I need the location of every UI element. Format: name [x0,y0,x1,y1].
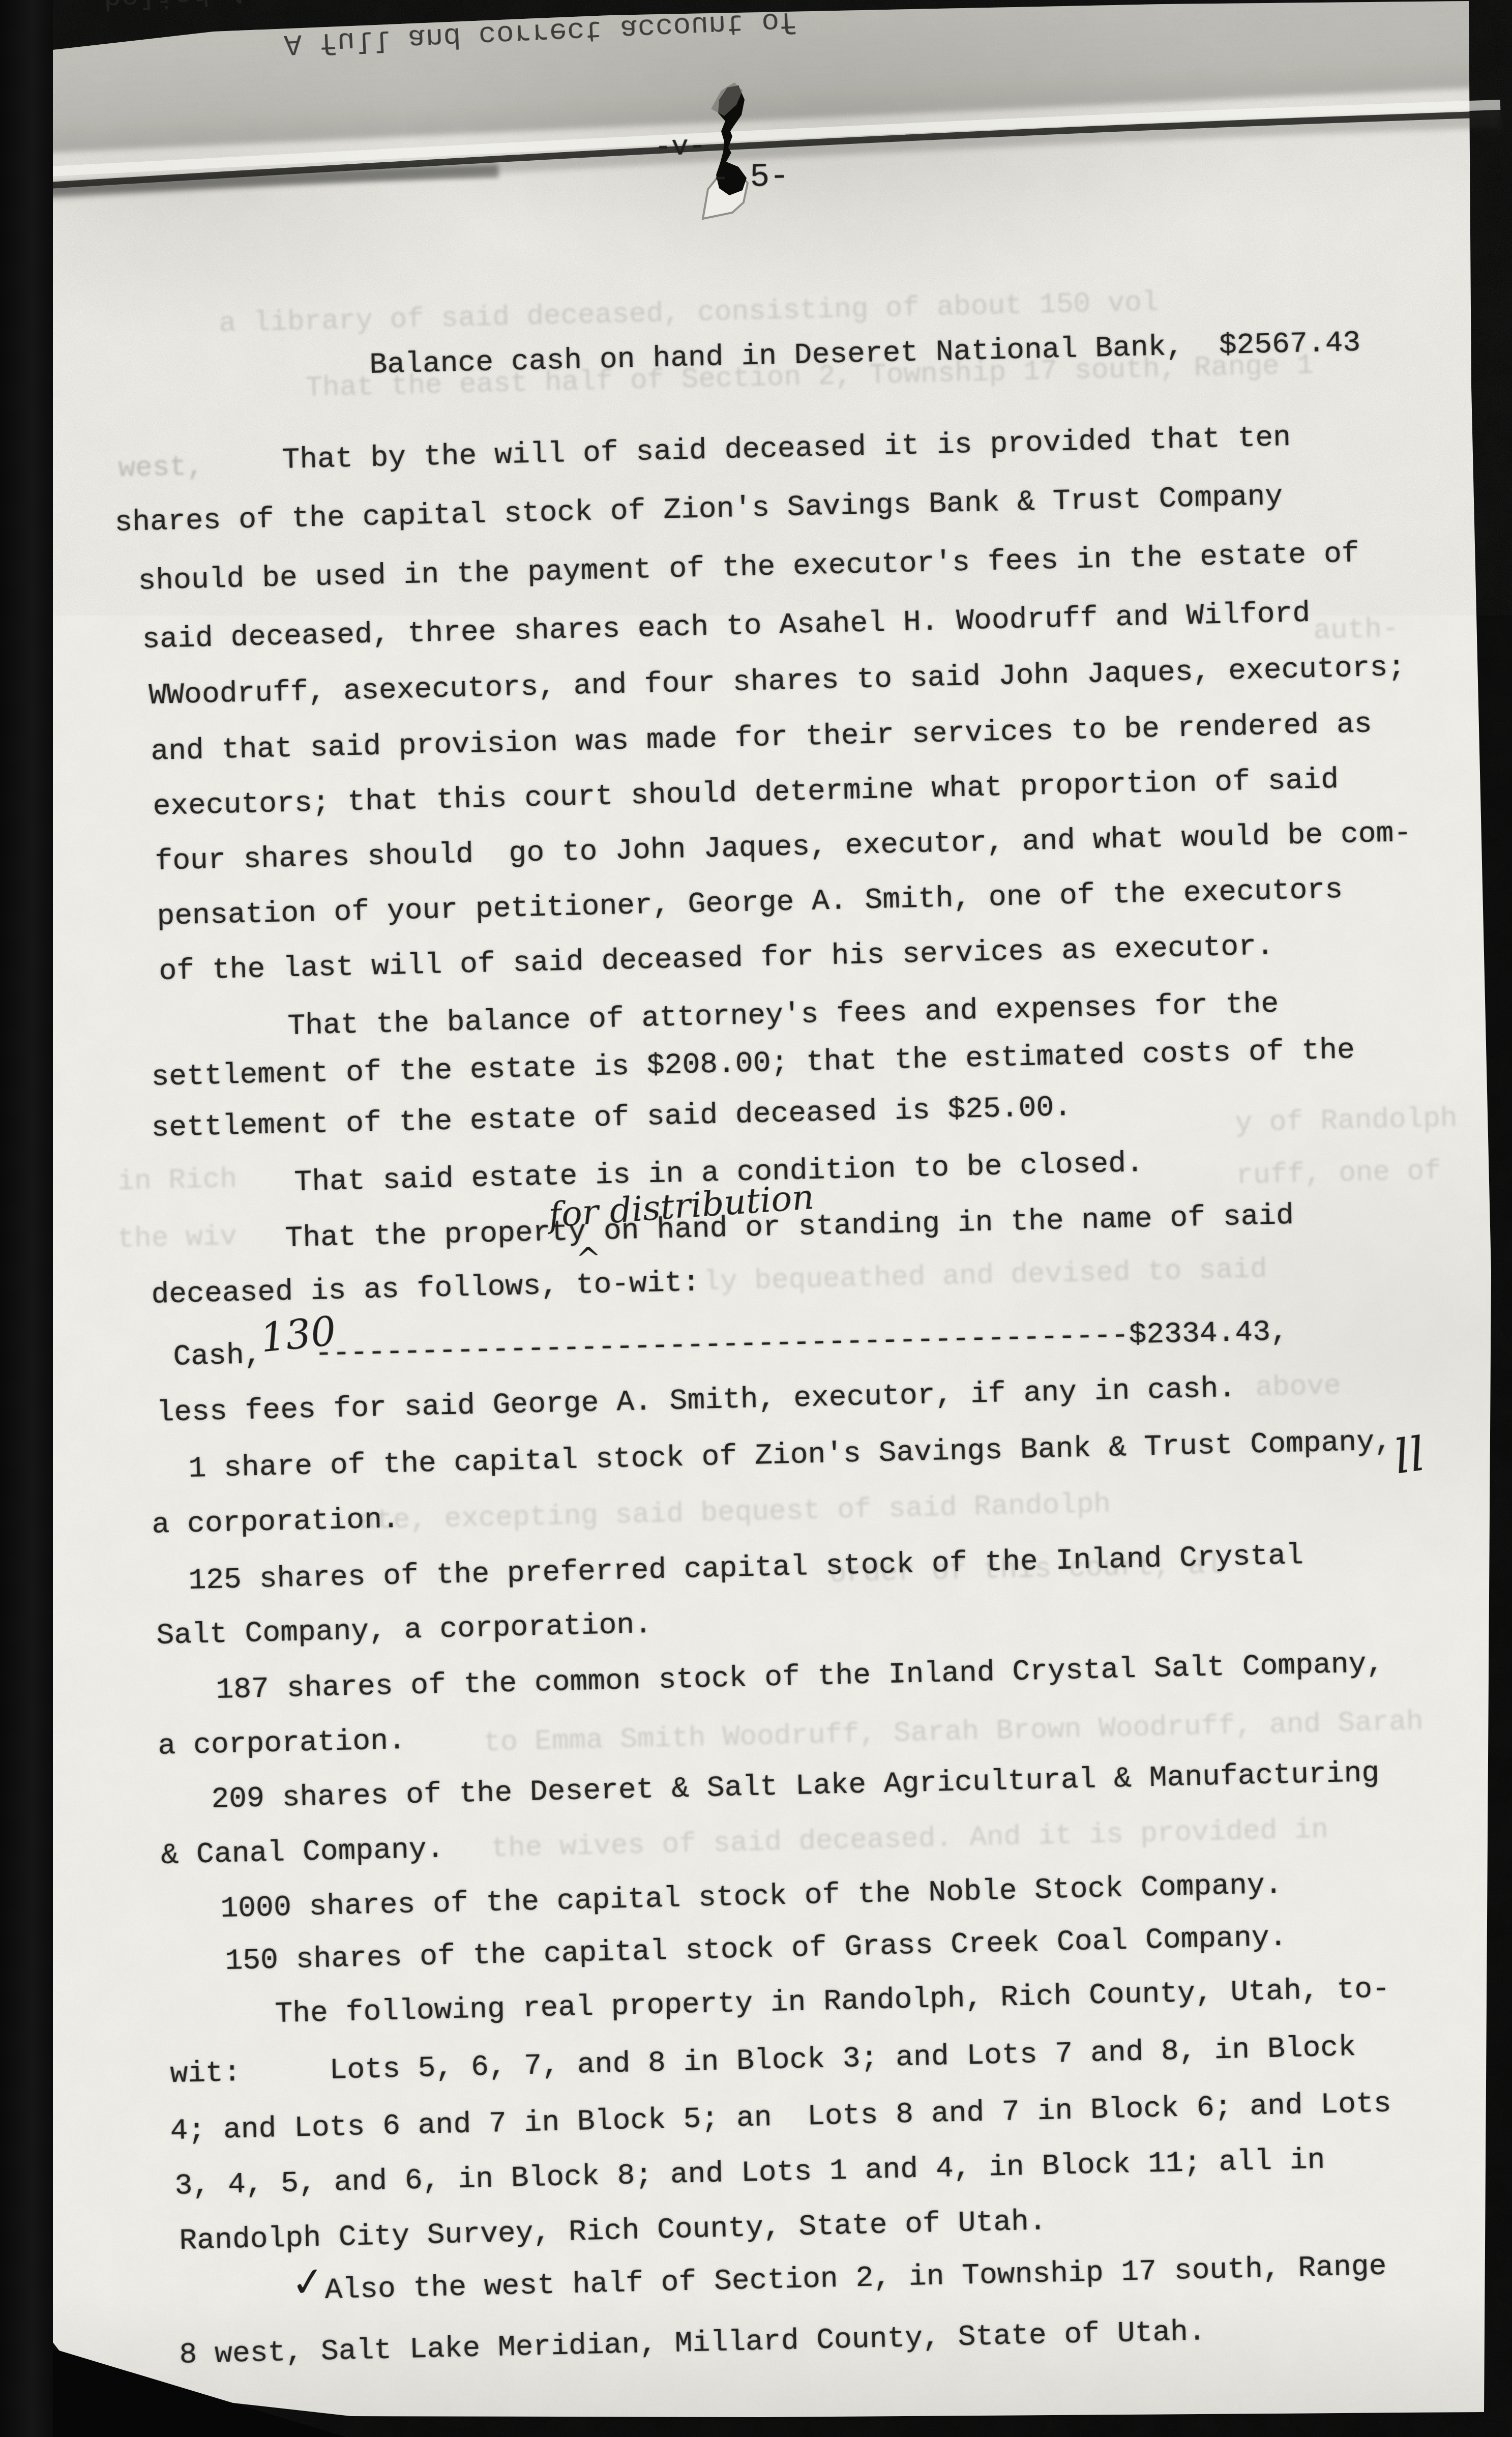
typed-line-27: & Canal Company. [161,1835,444,1871]
bleedthrough-line-7: ruff, one of [1236,1157,1441,1190]
bleedthrough-line-8: the wiv [117,1222,237,1253]
verso-page-number: -v- [654,130,706,164]
bleedthrough-line-10: above [1255,1371,1341,1402]
checkmark-annotation: ✓ [288,2257,327,2307]
bleedthrough-line-3: west, [118,452,204,483]
upside-down-edge-fragment: belied 4 [103,0,246,14]
photo-background: A full and correct account of belied 4 -… [0,0,1512,2437]
insertion-caret-mark: ^ [575,1241,602,1277]
bleedthrough-line-5: y of Randolph [1235,1104,1458,1137]
handwritten-cash-notation: 130 [258,1308,338,1362]
typed-line-25: a corporation. [158,1726,406,1761]
typed-line-21: a corporation. [152,1505,400,1540]
bleedthrough-line-4: auth- [1313,614,1399,645]
bleedthrough-line-6: in Rich [117,1165,237,1196]
left-black-border [0,0,53,2437]
scanned-document-photo: { "photo": { "page_number": "- 5-", "ver… [0,0,1512,2437]
page-number: - 5- [710,159,789,197]
